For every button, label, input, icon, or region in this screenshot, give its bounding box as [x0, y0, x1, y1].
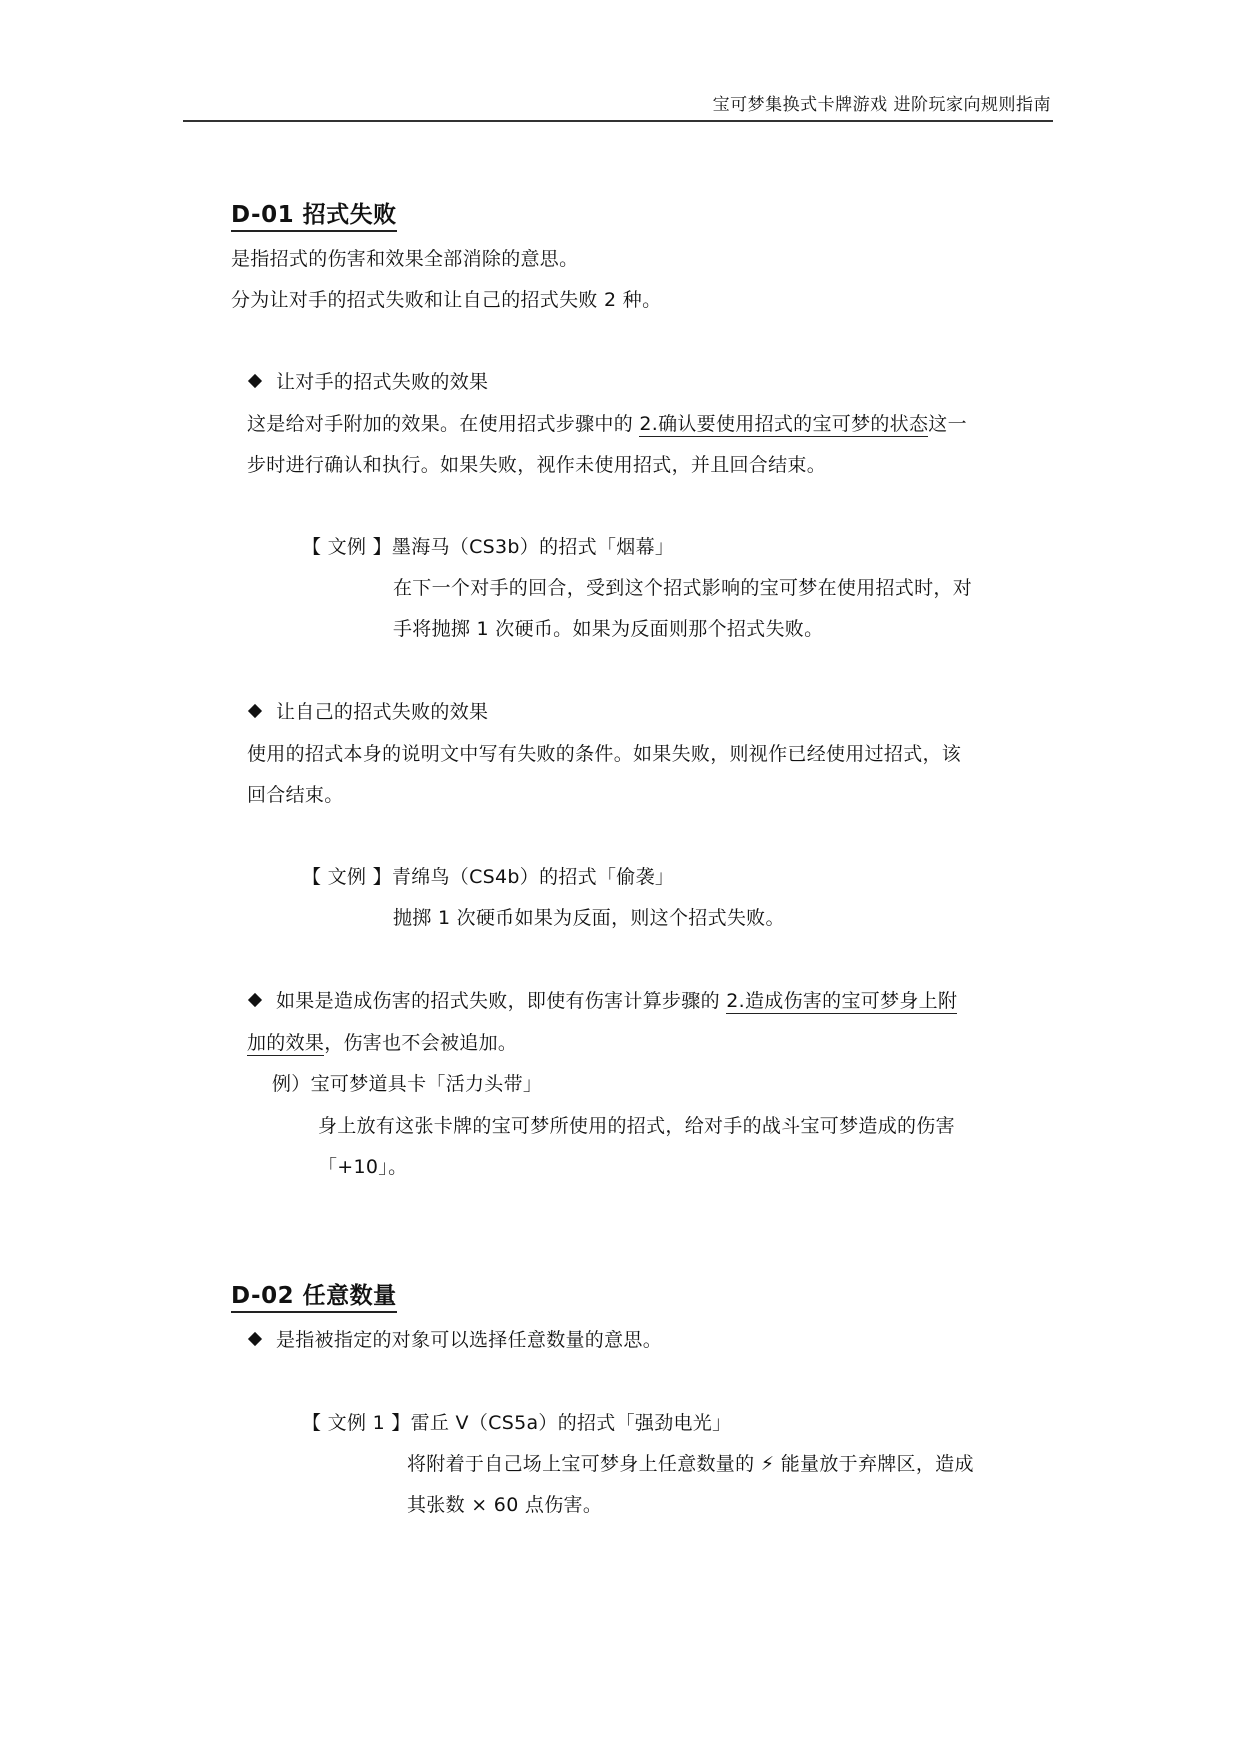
example-label: 【 文例 1 】 [302, 1412, 411, 1434]
example-title: 青绵鸟（CS4b）的招式「偷袭」 [392, 866, 674, 888]
example-header: 【 文例 】青绵鸟（CS4b）的招式「偷袭」 [302, 862, 674, 889]
section-title-d01: D-01 招式失败 [231, 196, 397, 232]
bullet-heading-text: 让自己的招式失败的效果 [276, 701, 488, 723]
example-label: 例） [272, 1073, 311, 1095]
example-line-2: 手将抛掷 1 次硬币。如果为反面则那个招式失败。 [393, 614, 823, 641]
document-title: 宝可梦集换式卡牌游戏 进阶玩家向规则指南 [713, 90, 1051, 115]
example-line-1: 抛掷 1 次硬币如果为反面，则这个招式失败。 [393, 903, 785, 930]
bullet-body-line-1: 使用的招式本身的说明文中写有失败的条件。如果失败，则视作已经使用过招式，该 [247, 739, 961, 766]
lightning-energy-icon: ⚡ [761, 1453, 775, 1475]
rule-reference-link: 2.造成伤害的宝可梦身上附 [726, 990, 957, 1014]
example-header: 【 文例 】墨海马（CS3b）的招式「烟幕」 [302, 532, 674, 559]
example-line-1: 将附着于自己场上宝可梦身上任意数量的 ⚡ 能量放于弃牌区，造成 [407, 1449, 974, 1476]
rule-reference-link-cont: 加的效果 [247, 1032, 324, 1056]
example-label: 【 文例 】 [302, 866, 392, 888]
diamond-bullet-icon [248, 704, 262, 718]
example-header: 【 文例 1 】雷丘 V（CS5a）的招式「强劲电光」 [302, 1408, 731, 1435]
section-title-d02: D-02 任意数量 [231, 1277, 397, 1313]
diamond-bullet-icon [248, 993, 262, 1007]
example-label: 【 文例 】 [302, 536, 392, 558]
intro-line-2: 分为让对手的招式失败和让自己的招式失败 2 种。 [231, 285, 661, 312]
bullet-heading-self-fail: 让自己的招式失败的效果 [250, 697, 488, 724]
rule-reference-link: 2.确认要使用招式的宝可梦的状态 [639, 413, 928, 437]
bullet-body-line-1: 这是给对手附加的效果。在使用招式步骤中的 2.确认要使用招式的宝可梦的状态这一 [247, 409, 967, 436]
example-header: 例）宝可梦道具卡「活力头带」 [272, 1069, 542, 1096]
example-line-1: 在下一个对手的回合，受到这个招式影响的宝可梦在使用招式时，对 [393, 573, 972, 600]
example-title: 雷丘 V（CS5a）的招式「强劲电光」 [411, 1412, 732, 1434]
page-header: 宝可梦集换式卡牌游戏 进阶玩家向规则指南 [183, 88, 1053, 122]
example-title: 宝可梦道具卡「活力头带」 [311, 1073, 543, 1095]
example-line-1: 身上放有这张卡牌的宝可梦所使用的招式，给对手的战斗宝可梦造成的伤害 [318, 1111, 955, 1138]
example-line-2: 其张数 × 60 点伤害。 [407, 1490, 602, 1517]
bullet-body-line-2: 步时进行确认和执行。如果失败，视作未使用招式，并且回合结束。 [247, 450, 826, 477]
bullet-heading-text: 让对手的招式失败的效果 [276, 371, 488, 393]
example-title: 墨海马（CS3b）的招式「烟幕」 [392, 536, 674, 558]
bullet-damage-fail-line-1: 如果是造成伤害的招式失败，即使有伤害计算步骤的 2.造成伤害的宝可梦身上附 [250, 986, 957, 1013]
bullet-damage-fail-line-2: 加的效果，伤害也不会被追加。 [247, 1028, 517, 1055]
example-line-2: 「+10」。 [318, 1152, 407, 1179]
bullet-heading-text: 是指被指定的对象可以选择任意数量的意思。 [276, 1329, 662, 1351]
bullet-body-line-2: 回合结束。 [247, 780, 344, 807]
bullet-heading-any-number: 是指被指定的对象可以选择任意数量的意思。 [250, 1325, 662, 1352]
diamond-bullet-icon [248, 374, 262, 388]
diamond-bullet-icon [248, 1332, 262, 1346]
intro-line-1: 是指招式的伤害和效果全部消除的意思。 [231, 244, 578, 271]
bullet-heading-opponent-fail: 让对手的招式失败的效果 [250, 367, 488, 394]
